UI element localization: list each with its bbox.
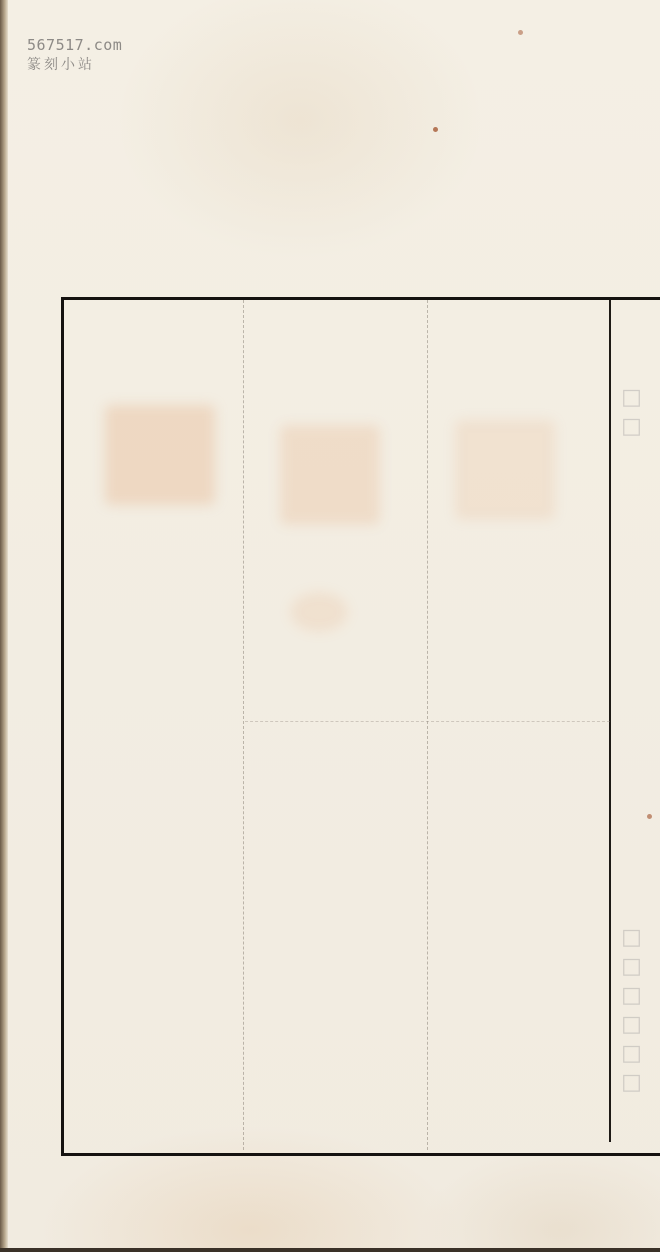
book-spine-edge: [0, 0, 8, 1252]
watermark-url: 567517.com: [27, 35, 122, 55]
seal-bleed-through-3: [455, 420, 555, 520]
watermark: 567517.com 篆刻小站: [27, 35, 122, 75]
foxing-spot: [647, 814, 652, 819]
column-divider-2: [427, 300, 428, 1150]
bleed-through-text-top: □□: [618, 385, 644, 443]
seal-bleed-through-2: [280, 425, 380, 525]
seal-bleed-through-1: [105, 405, 215, 505]
page-bottom-edge: [0, 1248, 660, 1252]
column-divider-1: [243, 300, 244, 1150]
bleed-through-text-bottom: □□□□□□: [618, 925, 644, 1125]
stain-spot: [290, 592, 348, 632]
foxing-spot: [433, 127, 438, 132]
row-divider: [245, 721, 610, 722]
foxing-spot: [518, 30, 523, 35]
watermark-site-name: 篆刻小站: [27, 55, 122, 75]
